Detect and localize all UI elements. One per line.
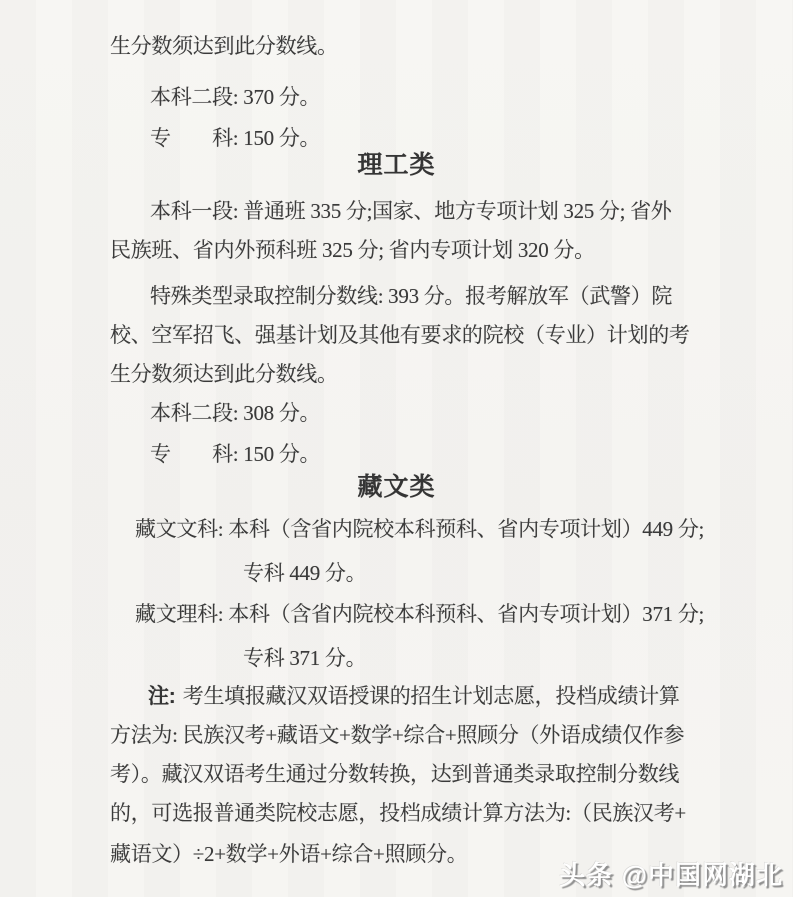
score-line: 藏文文科: 本科（含省内院校本科预科、省内专项计划）449 分; xyxy=(135,514,704,544)
score-line: 本科二段: 308 分。 xyxy=(150,398,320,428)
note-line: 的，可选报普通类院校志愿，投档成绩计算方法为:（民族汉考+ xyxy=(110,798,686,828)
note-label: 注: xyxy=(148,685,175,708)
score-line: 特殊类型录取控制分数线: 393 分。报考解放军（武警）院 xyxy=(150,281,672,311)
section-heading-zangwenlei: 藏文类 xyxy=(0,472,793,502)
note-line: 考）。藏汉双语考生通过分数转换，达到普通类录取控制分数线 xyxy=(110,759,679,789)
score-line: 专科 449 分。 xyxy=(243,558,366,588)
scanned-document-page: 生分数须达到此分数线。 本科二段: 370 分。 专 科: 150 分。 理工类… xyxy=(0,0,793,897)
body-line: 校、空军招飞、强基计划及其他有要求的院校（专业）计划的考 xyxy=(110,320,690,350)
watermark-toutiao: 头条 @中国网湖北 xyxy=(559,855,783,892)
note-text: 考生填报藏汉双语授课的招生计划志愿，投档成绩计算 xyxy=(183,684,680,708)
note-line: 藏语文）÷2+数学+外语+综合+照顾分。 xyxy=(110,839,467,869)
note-line: 注:考生填报藏汉双语授课的招生计划志愿，投档成绩计算 xyxy=(148,681,680,712)
score-line: 本科一段: 普通班 335 分;国家、地方专项计划 325 分; 省外 xyxy=(150,196,672,226)
score-line: 藏文理科: 本科（含省内院校本科预科、省内专项计划）371 分; xyxy=(135,599,704,629)
note-line: 方法为: 民族汉考+藏语文+数学+综合+照顾分（外语成绩仅作参 xyxy=(110,720,684,750)
score-line: 本科二段: 370 分。 xyxy=(150,82,320,112)
section-heading-ligonglei: 理工类 xyxy=(0,150,793,180)
score-line: 专 科: 150 分。 xyxy=(150,439,320,469)
score-line: 专科 371 分。 xyxy=(243,643,366,673)
body-line: 民族班、省内外预科班 325 分; 省内专项计划 320 分。 xyxy=(110,235,595,265)
body-line: 生分数须达到此分数线。 xyxy=(110,359,338,389)
body-line: 生分数须达到此分数线。 xyxy=(110,31,338,61)
score-line: 专 科: 150 分。 xyxy=(150,123,320,153)
